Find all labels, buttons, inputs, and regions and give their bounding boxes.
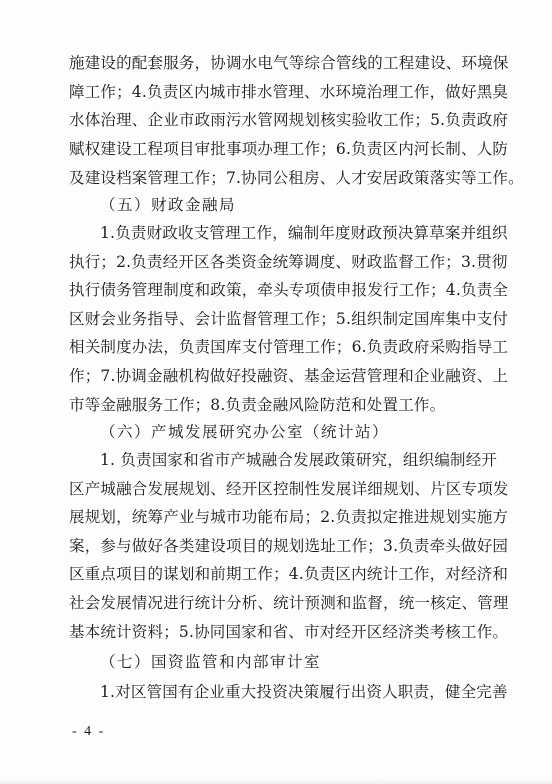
- page-number: - 4 -: [72, 722, 105, 742]
- paragraph-line: 执行债务管理制度和政策，牵头专项债申报发行工作；4.负责全: [69, 280, 482, 300]
- paragraph-line: 社会发展情况进行统计分析、统计预测和监督，统一核定、管理: [69, 593, 482, 613]
- paragraph-line: 区重点项目的谋划和前期工作；4.负责区内统计工作，对经济和: [69, 564, 482, 584]
- paragraph-line: 区产城融合发展规划、经开区控制性发展详细规划、片区专项发: [69, 479, 482, 499]
- paragraph-line: 区财会业务指导、会计监督管理工作；5.组织制定国库集中支付: [69, 309, 482, 329]
- paragraph-line: 赋权建设工程项目审批事项办理工作；6.负责区内河长制、人防: [69, 139, 482, 159]
- section-heading: （六）产城发展研究办公室（统计站）: [100, 422, 389, 442]
- section-heading: （五）财政金融局: [100, 195, 236, 215]
- paragraph-line: 1.负责财政收支管理工作，编制年度财政预决算草案并组织: [100, 223, 482, 243]
- paragraph-line: 相关制度办法，负责国库支付管理工作；6.负责政府采购指导工: [69, 337, 482, 357]
- paragraph-line: 市等金融服务工作；8.负责金融风险防范和处置工作。: [69, 395, 482, 415]
- document-page: 施建设的配套服务，协调水电气等综合管线的工程建设、环境保障工作；4.负责区内城市…: [0, 0, 552, 784]
- paragraph-line: 基本统计资料；5.协同国家和省、市对经开区经济类考核工作。: [69, 622, 482, 642]
- paragraph-line: 及建设档案管理工作；7.协同公租房、人才安居政策落实等工作。: [69, 168, 482, 188]
- paragraph-line: 执行；2.负责经开区各类资金统筹调度、财政监督工作；3.贯彻: [69, 252, 482, 272]
- paragraph-line: 展规划，统筹产业与城市功能布局；2.负责拟定推进规划实施方: [69, 507, 482, 527]
- scan-edge-shadow: [0, 778, 552, 784]
- paragraph-line: 施建设的配套服务，协调水电气等综合管线的工程建设、环境保: [69, 53, 482, 73]
- paragraph-line: 1.对区管国有企业重大投资决策履行出资人职责，健全完善: [100, 682, 482, 702]
- paragraph-line: 作；7.协调金融机构做好投融资、基金运营管理和企业融资、上: [69, 366, 482, 386]
- paragraph-line: 障工作；4.负责区内城市排水管理、水环境治理工作，做好黑臭: [69, 82, 482, 102]
- paragraph-line: 1. 负责国家和省市产城融合发展政策研究，组织编制经开: [100, 450, 482, 470]
- section-heading: （七）国资监管和内部审计室: [100, 652, 321, 672]
- paragraph-line: 水体治理、企业市政雨污水管网规划核实验收工作；5.负责政府: [69, 110, 482, 130]
- paragraph-line: 案，参与做好各类建设项目的规划选址工作；3.负责牵头做好园: [69, 536, 482, 556]
